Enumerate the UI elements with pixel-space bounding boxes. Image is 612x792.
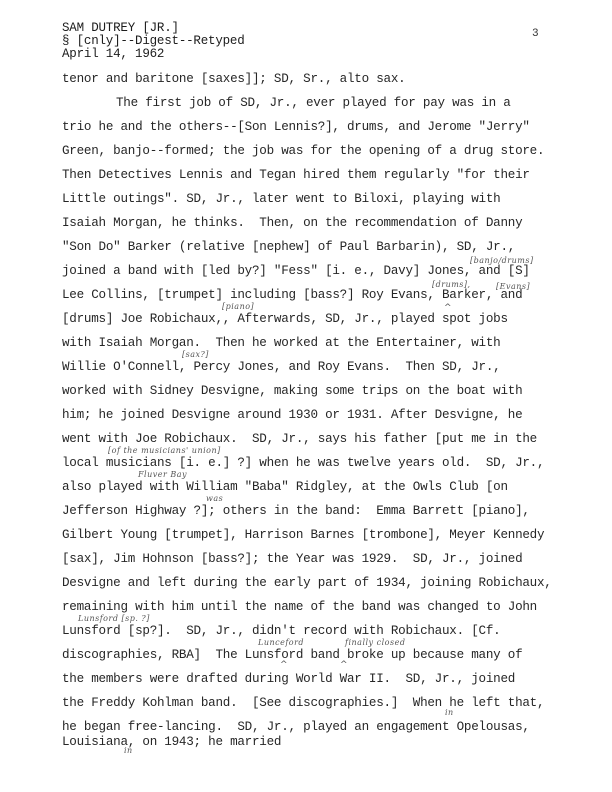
body-line: discographies, RBA] The Lunsford band br… [62,648,522,662]
body-line: Isaiah Morgan, he thinks. Then, on the r… [62,216,522,230]
document-page: SAM DUTREY [JR.] § [cnly]--Digest--Retyp… [0,0,612,792]
body-line: Green, banjo--formed; the job was for th… [62,144,544,158]
body-line: The first job of SD, Jr., ever played fo… [116,96,511,110]
handwritten-note: Lunsford [sp. ?] [78,614,150,623]
body-line: the Freddy Kohlman band. [See discograph… [62,696,544,710]
body-line: him; he joined Desvigne around 1930 or 1… [62,408,522,422]
body-line: worked with Sidney Desvigne, making some… [62,384,522,398]
body-line: [drums] Joe Robichaux,, Afterwards, SD, … [62,312,508,326]
handwritten-note: [drums], [432,280,471,289]
body-line: went with Joe Robichaux. SD, Jr., says h… [62,432,537,446]
body-line: remaining with him until the name of the… [62,600,537,614]
body-line: [sax], Jim Hohnson [bass?]; the Year was… [62,552,522,566]
body-line: local musicians [i. e.] ?] when he was t… [62,456,544,470]
handwritten-note: [sax?] [182,350,209,359]
handwritten-note: [piano] [222,302,254,311]
insertion-caret: ^ [340,660,348,670]
handwritten-note: [of the musicians' union] [108,446,221,455]
handwritten-note: [banjo/drums] [470,256,534,265]
handwritten-note: finally closed [345,638,405,647]
body-line: tenor and baritone [saxes]]; SD, Sr., al… [62,72,405,86]
handwritten-note: [Evans] [496,282,530,291]
body-line: Jefferson Highway ?]; others in the band… [62,504,530,518]
handwritten-note: Fluver Bay [138,470,187,479]
handwritten-note: in [124,746,133,755]
body-line: Willie O'Connell, Percy Jones, and Roy E… [62,360,500,374]
handwritten-note: was [206,494,223,503]
body-line: trio he and the others--[Son Lennis?], d… [62,120,530,134]
body-line: Lee Collins, [trumpet] including [bass?]… [62,288,522,302]
insertion-caret: ^ [444,303,452,313]
handwritten-note: in [445,708,454,717]
body-line: also played with William "Baba" Ridgley,… [62,480,508,494]
page-number: 3 [532,28,539,40]
body-line: Lunsford [sp?]. SD, Jr., didn't record w… [62,624,500,638]
body-line: Then Detectives Lennis and Tegan hired t… [62,168,530,182]
body-line: Gilbert Young [trumpet], Harrison Barnes… [62,528,544,542]
body-line: joined a band with [led by?] "Fess" [i. … [62,264,530,278]
body-line: Louisiana, on 1943; he married [62,735,281,749]
body-line: with Isaiah Morgan. Then he worked at th… [62,336,500,350]
body-line: he began free-lancing. SD, Jr., played a… [62,720,530,734]
handwritten-note: Lunceford [258,638,304,647]
header-date: April 14, 1962 [62,48,164,61]
body-line: Little outings". SD, Jr., later went to … [62,192,500,206]
insertion-caret: ^ [280,660,288,670]
body-line: "Son Do" Barker (relative [nephew] of Pa… [62,240,515,254]
body-line: the members were drafted during World Wa… [62,672,515,686]
body-line: Desvigne and left during the early part … [62,576,552,590]
